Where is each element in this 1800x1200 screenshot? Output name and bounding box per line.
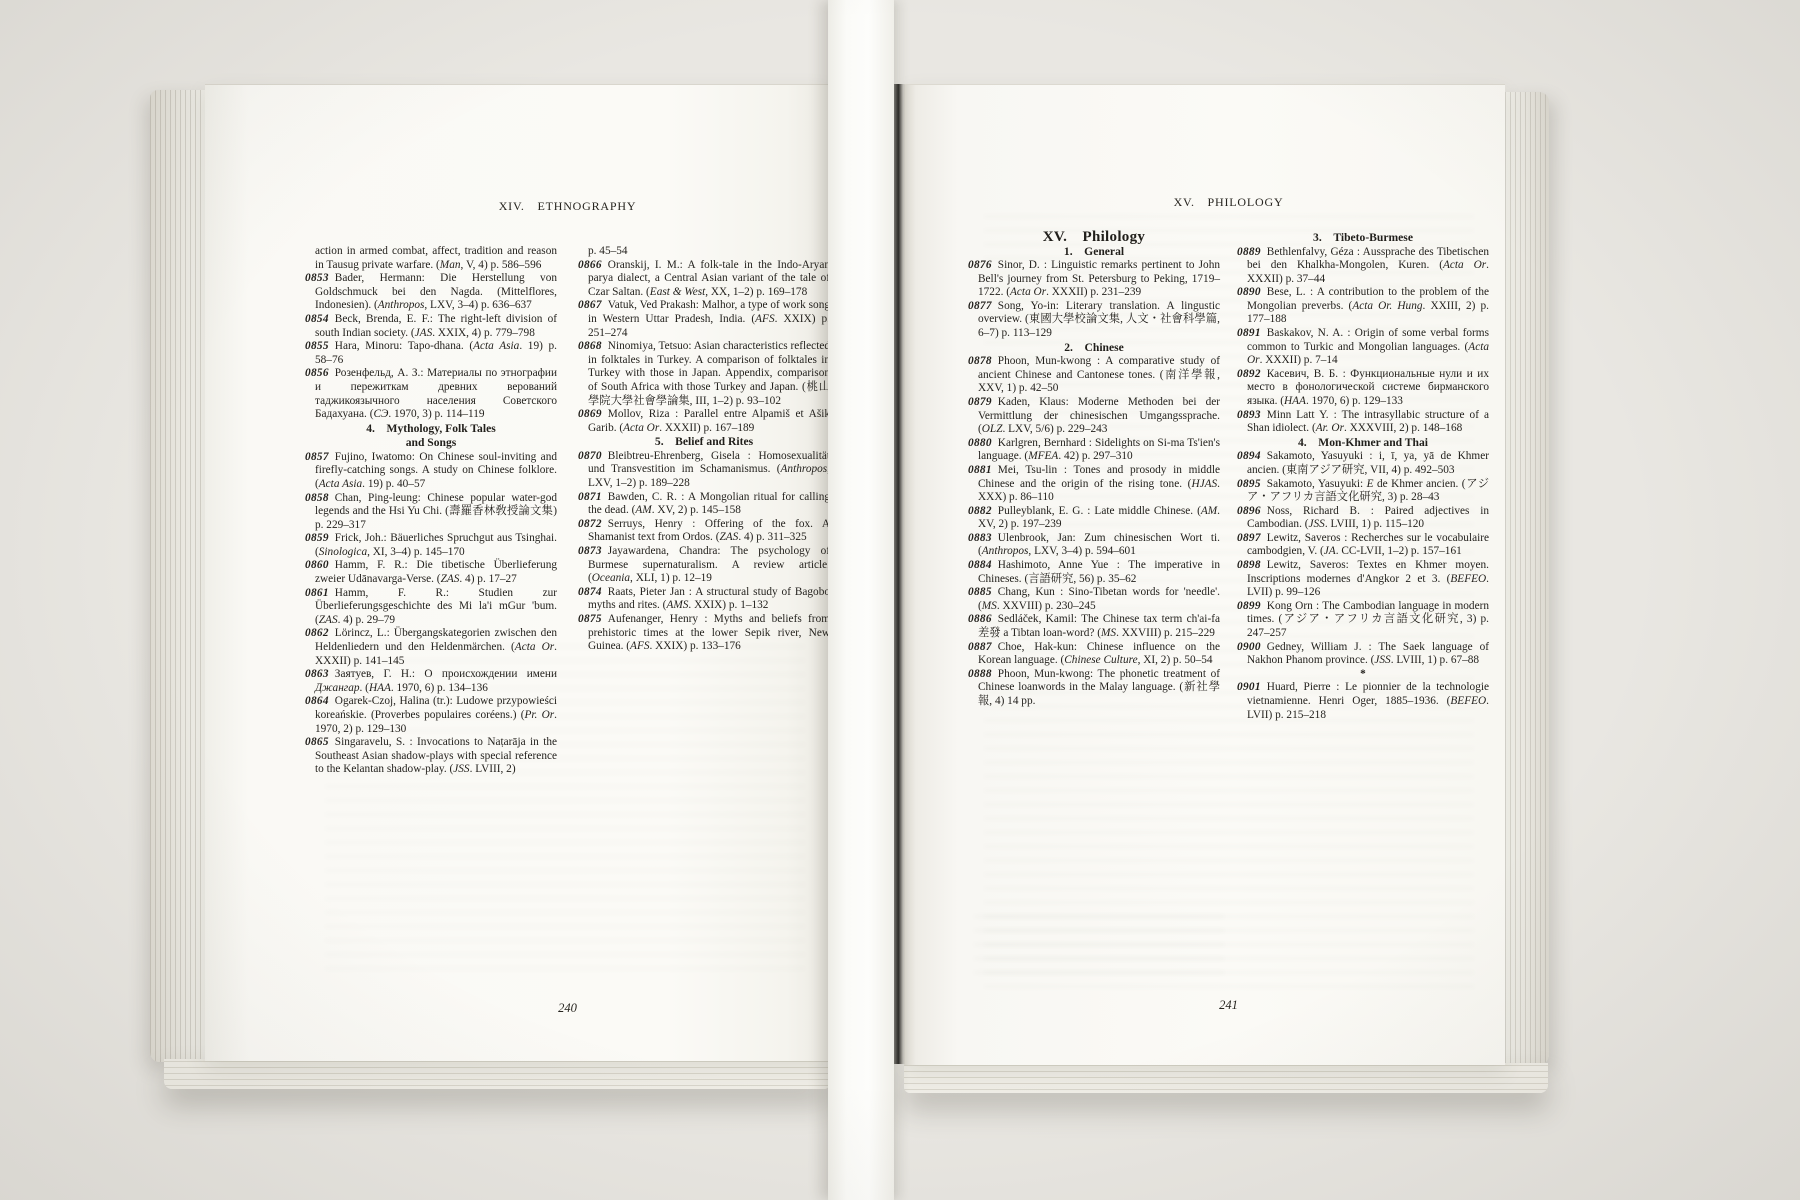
photo-of-open-book: XIV. ETHNOGRAPHY action in armed combat,… xyxy=(0,0,1800,1200)
bib-entry: 0856Розенфельд, А. З.: Материалы по этно… xyxy=(305,367,557,421)
entry-number: 0898 xyxy=(1237,559,1261,571)
entry-number: 0868 xyxy=(578,340,602,352)
entry-number: 0870 xyxy=(578,450,602,462)
entry-number: 0856 xyxy=(305,367,329,379)
bib-entry: 0888Phoon, Mun-kwong: The phonetic treat… xyxy=(968,668,1220,709)
entry-number: 0883 xyxy=(968,532,992,544)
left-page: XIV. ETHNOGRAPHY action in armed combat,… xyxy=(205,84,830,1061)
entry-number: 0894 xyxy=(1237,450,1261,462)
left-page-column-1: action in armed combat, affect, traditio… xyxy=(305,245,557,777)
entry-number: 0875 xyxy=(578,613,602,625)
entry-number: 0897 xyxy=(1237,532,1261,544)
entry-continuation: p. 45–54 xyxy=(578,245,830,259)
bib-entry: 0894Sakamoto, Yasuyuki : i, ī, ya, yā de… xyxy=(1237,450,1489,477)
section-heading: 2. Chinese xyxy=(968,341,1220,356)
bib-entry: 0859Frick, Joh.: Bäuerliches Spruchgut a… xyxy=(305,532,557,559)
entry-number: 0890 xyxy=(1237,286,1261,298)
entry-number: 0869 xyxy=(578,408,602,420)
entry-number: 0864 xyxy=(305,695,329,707)
page-edge-stack-left xyxy=(150,90,208,1062)
bib-entry: 0886Sedláček, Kamil: The Chinese tax ter… xyxy=(968,613,1220,640)
bib-entry: 0899Kong Orn : The Cambodian language in… xyxy=(1237,600,1489,641)
right-page-column-2: 3. Tibeto-Burmese0889Bethlenfalvy, Géza … xyxy=(1237,231,1489,722)
bib-entry: 0854Beck, Brenda, E. F.: The right-left … xyxy=(305,313,557,340)
running-header-right: XV. PHILOLOGY xyxy=(968,195,1489,210)
section-heading: 4. Mythology, Folk Talesand Songs xyxy=(305,422,557,451)
bib-entry: 0875Aufenanger, Henry : Myths and belief… xyxy=(578,613,830,654)
bib-entry: 0883Ulenbrook, Jan: Zum chinesischen Wor… xyxy=(968,532,1220,559)
bib-entry: 0880Karlgren, Bernhard : Sidelights on S… xyxy=(968,437,1220,464)
entry-number: 0893 xyxy=(1237,409,1261,421)
entry-continuation: action in armed combat, affect, traditio… xyxy=(305,245,557,272)
bib-entry: 0877Song, Yo-in: Literary translation. A… xyxy=(968,300,1220,341)
bib-entry: 0873Jayawardena, Chandra: The psychology… xyxy=(578,545,830,586)
bib-entry: 0879Kaden, Klaus: Moderne Methoden bei d… xyxy=(968,396,1220,437)
entry-number: 0888 xyxy=(968,668,992,680)
page-number-right: 241 xyxy=(968,998,1489,1013)
bib-entry: 0874Raats, Pieter Jan : A structural stu… xyxy=(578,586,830,613)
entry-number: 0866 xyxy=(578,259,602,271)
entry-number: 0872 xyxy=(578,518,602,530)
entry-number: 0859 xyxy=(305,532,329,544)
bib-entry: 0884Hashimoto, Anne Yue : The imperative… xyxy=(968,559,1220,586)
section-heading: 4. Mon-Khmer and Thai xyxy=(1237,436,1489,451)
entry-number: 0901 xyxy=(1237,681,1261,693)
entry-number: 0880 xyxy=(968,437,992,449)
right-page: XV. PHILOLOGY XV. Philology1. General087… xyxy=(904,84,1505,1065)
bib-entry: 0891Baskakov, N. A. : Origin of some ver… xyxy=(1237,327,1489,368)
bib-entry: 0865Singaravelu, S. : Invocations to Naṭ… xyxy=(305,736,557,777)
bib-entry: 0864Ogarek-Czoj, Halina (tr.): Ludowe pr… xyxy=(305,695,557,736)
bib-entry: 0853Bader, Hermann: Die Herstellung von … xyxy=(305,272,557,313)
entry-number: 0891 xyxy=(1237,327,1261,339)
bib-entry: 0860Hamm, F. R.: Die tibetische Überlief… xyxy=(305,559,557,586)
bib-entry: 0868Ninomiya, Tetsuo: Asian characterist… xyxy=(578,340,830,408)
right-page-column-1: XV. Philology1. General0876Sinor, D. : L… xyxy=(968,231,1220,709)
page-edge-stack-bottom-left xyxy=(164,1059,830,1089)
bib-entry: 0857Fujino, Iwatomo: On Chinese soul-inv… xyxy=(305,451,557,492)
bleed-through-ghost xyxy=(974,915,1224,985)
bib-entry: 0901Huard, Pierre : Le pionnier de la te… xyxy=(1237,681,1489,722)
section-heading: 1. General xyxy=(968,245,1220,260)
entry-number: 0878 xyxy=(968,355,992,367)
bib-entry: 0866Oranskij, I. M.: A folk-tale in the … xyxy=(578,259,830,300)
entry-number: 0895 xyxy=(1237,478,1261,490)
entry-number: 0881 xyxy=(968,464,992,476)
left-page-column-2: p. 45–540866Oranskij, I. M.: A folk-tale… xyxy=(578,245,830,654)
page-edge-stack-right xyxy=(1505,92,1549,1066)
bib-entry: 0882Pulleyblank, E. G. : Late middle Chi… xyxy=(968,505,1220,532)
bib-entry: 0898Lewitz, Saveros: Textes en Khmer moy… xyxy=(1237,559,1489,600)
entry-number: 0860 xyxy=(305,559,329,571)
entry-number: 0882 xyxy=(968,505,992,517)
entry-number: 0885 xyxy=(968,586,992,598)
entry-number: 0854 xyxy=(305,313,329,325)
bib-entry: 0878Phoon, Mun-kwong : A comparative stu… xyxy=(968,355,1220,396)
entry-number: 0873 xyxy=(578,545,602,557)
entry-number: 0879 xyxy=(968,396,992,408)
entry-number: 0855 xyxy=(305,340,329,352)
entry-number: 0889 xyxy=(1237,246,1261,258)
entry-number: 0853 xyxy=(305,272,329,284)
entry-number: 0865 xyxy=(305,736,329,748)
bib-entry: 0887Choe, Hak-kun: Chinese influence on … xyxy=(968,641,1220,668)
entry-number: 0899 xyxy=(1237,600,1261,612)
bib-entry: 0858Chan, Ping-leung: Chinese popular wa… xyxy=(305,492,557,533)
bib-entry: 0871Bawden, C. R. : A Mongolian ritual f… xyxy=(578,491,830,518)
entry-number: 0863 xyxy=(305,668,329,680)
bookmark-ribbon xyxy=(828,0,894,1200)
entry-number: 0886 xyxy=(968,613,992,625)
bib-entry: 0892Касевич, В. Б. : Функциональные нули… xyxy=(1237,368,1489,409)
entry-number: 0876 xyxy=(968,259,992,271)
bib-entry: 0893Minn Latt Y. : The intrasyllabic str… xyxy=(1237,409,1489,436)
asterisk-separator: * xyxy=(1237,668,1489,682)
bib-entry: 0881Mei, Tsu-lin : Tones and prosody in … xyxy=(968,464,1220,505)
bib-entry: 0895Sakamoto, Yasuyuki: E de Khmer ancie… xyxy=(1237,478,1489,505)
bib-entry: 0876Sinor, D. : Linguistic remarks perti… xyxy=(968,259,1220,300)
section-heading: 5. Belief and Rites xyxy=(578,435,830,450)
bib-entry: 0861Hamm, F. R.: Studien zur Überlieferu… xyxy=(305,587,557,628)
entry-number: 0861 xyxy=(305,587,329,599)
page-number-left: 240 xyxy=(305,1001,830,1016)
running-header-left: XIV. ETHNOGRAPHY xyxy=(305,199,830,214)
bib-entry: 0896Noss, Richard B. : Paired adjectives… xyxy=(1237,505,1489,532)
entry-number: 0896 xyxy=(1237,505,1261,517)
page-edge-stack-bottom-right xyxy=(904,1063,1548,1093)
bib-entry: 0885Chang, Kun : Sino-Tibetan words for … xyxy=(968,586,1220,613)
entry-number: 0858 xyxy=(305,492,329,504)
bib-entry: 0855Hara, Minoru: Tapo-dhana. (Acta Asia… xyxy=(305,340,557,367)
entry-number: 0884 xyxy=(968,559,992,571)
bib-entry: 0897Lewitz, Saveros : Recherches sur le … xyxy=(1237,532,1489,559)
bib-entry: 0862Lörincz, L.: Übergangskategorien zwi… xyxy=(305,627,557,668)
section-heading: 3. Tibeto-Burmese xyxy=(1237,231,1489,246)
entry-number: 0871 xyxy=(578,491,602,503)
bib-entry: 0872Serruys, Henry : Offering of the fox… xyxy=(578,518,830,545)
bib-entry: 0900Gedney, William J. : The Saek langua… xyxy=(1237,641,1489,668)
bib-entry: 0889Bethlenfalvy, Géza : Aussprache des … xyxy=(1237,246,1489,287)
bib-entry: 0867Vatuk, Ved Prakash: Malhor, a type o… xyxy=(578,299,830,340)
bib-entry: 0869Mollov, Riza : Parallel entre Alpami… xyxy=(578,408,830,435)
chapter-title: XV. Philology xyxy=(968,231,1220,245)
entry-number: 0892 xyxy=(1237,368,1261,380)
entry-number: 0877 xyxy=(968,300,992,312)
bib-entry: 0870Bleibtreu-Ehrenberg, Gisela : Homose… xyxy=(578,450,830,491)
entry-number: 0867 xyxy=(578,299,602,311)
entry-number: 0887 xyxy=(968,641,992,653)
bib-entry: 0890Bese, L. : A contribution to the pro… xyxy=(1237,286,1489,327)
entry-number: 0900 xyxy=(1237,641,1261,653)
bib-entry: 0863Заятуев, Г. Н.: О происхождении имен… xyxy=(305,668,557,695)
entry-number: 0862 xyxy=(305,627,329,639)
entry-number: 0874 xyxy=(578,586,602,598)
gutter-shadow xyxy=(894,84,905,1064)
entry-number: 0857 xyxy=(305,451,329,463)
